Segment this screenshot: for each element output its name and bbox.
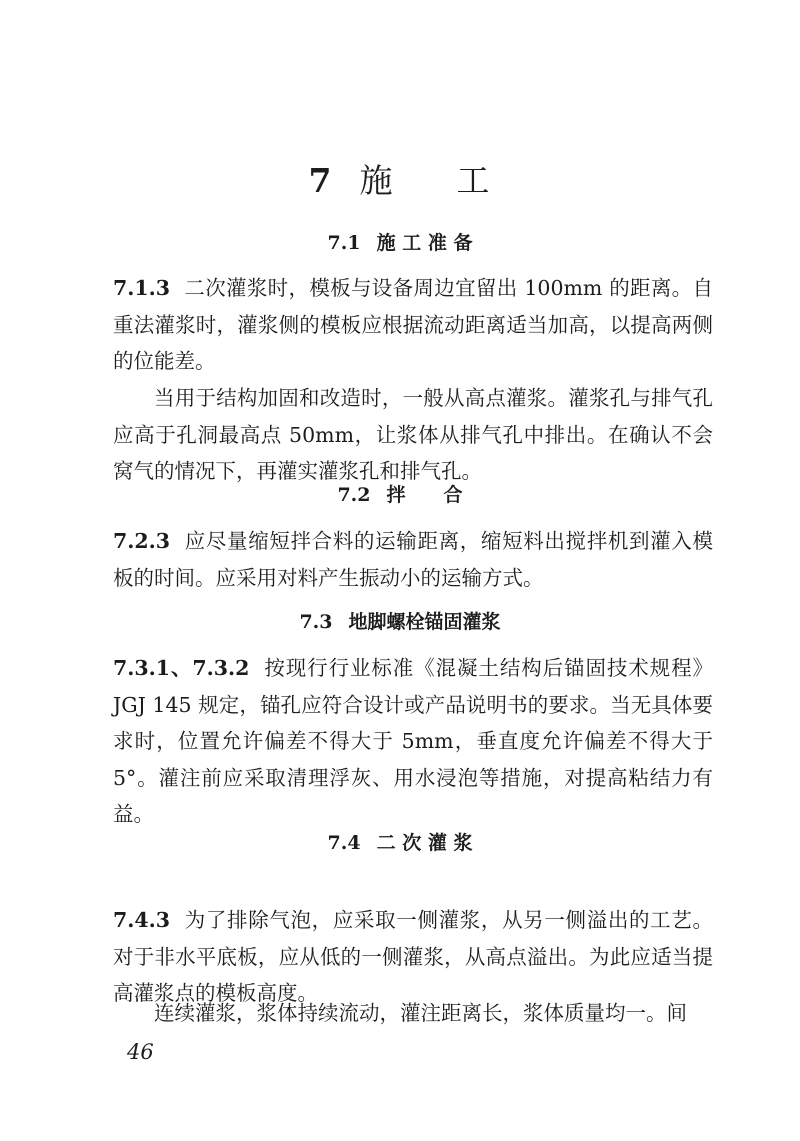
chapter-number: 7 xyxy=(309,161,334,200)
section-heading-7-1: 7.1施 工 准 备 xyxy=(0,228,800,255)
clause-7-1-3: 7.1.3二次灌浆时，模板与设备周边宜留出 100mm 的距离。自重法灌浆时，灌… xyxy=(113,270,713,380)
chapter-title-part2: 工 xyxy=(456,161,491,200)
chapter-title-part1: 施 xyxy=(359,161,394,200)
clause-7-2-3: 7.2.3应尽量缩短拌合料的运输距离，缩短料出搅拌机到灌入模板的时间。应采用对料… xyxy=(113,523,713,596)
paragraph-7-4-3-continued: 连续灌浆，浆体持续流动，灌注距离长，浆体质量均一。间 xyxy=(113,995,713,1032)
section-heading-7-3: 7.3地脚螺栓锚固灌浆 xyxy=(0,607,800,634)
paragraph-7-1-3-continued: 当用于结构加固和改造时，一般从高点灌浆。灌浆孔与排气孔应高于孔洞最高点 50mm… xyxy=(113,380,713,490)
clause-7-3-1-7-3-2: 7.3.1、7.3.2按现行行业标准《混凝土结构后锚固技术规程》JGJ 145 … xyxy=(113,650,713,833)
chapter-title: 7施工 xyxy=(0,155,800,202)
document-page: 7施工 7.1施 工 准 备 7.1.3二次灌浆时，模板与设备周边宜留出 100… xyxy=(0,0,800,1141)
page-number: 46 xyxy=(127,1040,154,1064)
section-heading-7-4: 7.4二 次 灌 浆 xyxy=(0,828,800,855)
section-heading-7-2: 7.2拌 合 xyxy=(0,480,800,507)
